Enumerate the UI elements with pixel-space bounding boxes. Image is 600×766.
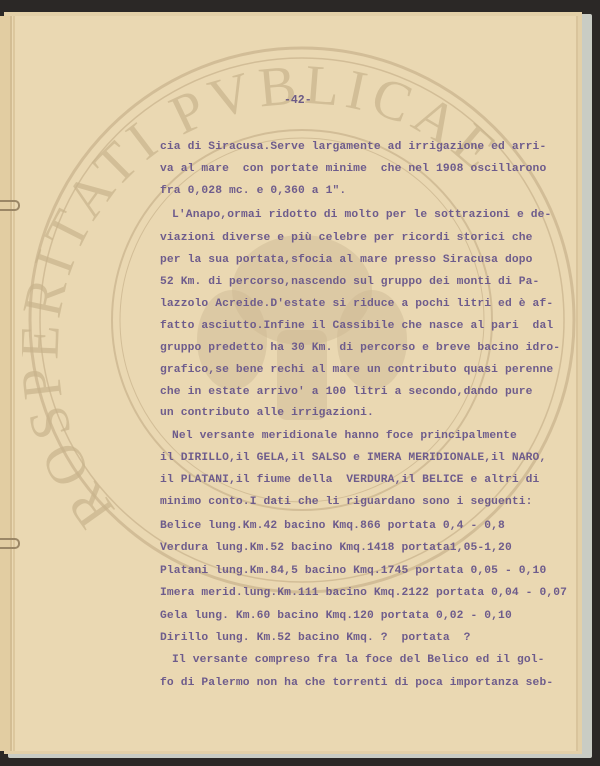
text-line: il DIRILLO,il GELA,il SALSO e IMERA MERI…: [160, 452, 546, 464]
text-line: minimo conto.I dati che li riguardano so…: [160, 496, 533, 508]
text-line: grafico,se bene rechi al mare un contrib…: [160, 364, 553, 376]
river-data-row: Imera merid.lung.Km.111 bacino Kmq.2122 …: [160, 587, 567, 599]
river-data-row: Dirillo lung. Km.52 bacino Kmq. ? portat…: [160, 632, 470, 644]
text-line: cia di Siracusa.Serve largamente ad irri…: [160, 141, 546, 153]
document-page: ROSPERITATI PVBLICAE AVG -42- cia di Sir…: [0, 16, 578, 751]
text-line: 52 Km. di percorso,nascendo sul gruppo d…: [160, 276, 539, 288]
text-line: fo di Palermo non ha che torrenti di poc…: [160, 677, 553, 689]
page-number: -42-: [284, 94, 312, 107]
text-line: il PLATANI,il fiume della VERDURA,il BEL…: [160, 474, 539, 486]
text-line: Nel versante meridionale hanno foce prin…: [172, 430, 517, 442]
river-data-row: Platani lung.Km.84,5 bacino Kmq.1745 por…: [160, 565, 546, 577]
text-line: viazioni diverse e più celebre per ricor…: [160, 232, 533, 244]
text-line: Il versante compreso fra la foce del Bel…: [172, 654, 545, 666]
text-line: gruppo predetto ha 30 Km. di percorso e …: [160, 342, 560, 354]
text-line: L'Anapo,ormai ridotto di molto per le so…: [172, 209, 551, 221]
typewritten-text: -42- cia di Siracusa.Serve largamente ad…: [0, 16, 578, 751]
text-line: per la sua portata,sfocia al mare presso…: [160, 254, 533, 266]
text-line: fra 0,028 mc. e 0,360 a 1".: [160, 185, 346, 197]
river-data-row: Gela lung. Km.60 bacino Kmq.120 portata …: [160, 610, 512, 622]
river-data-row: Verdura lung.Km.52 bacino Kmq.1418 porta…: [160, 542, 512, 554]
text-line: lazzolo Acreide.D'estate si riduce a poc…: [160, 298, 553, 310]
river-data-row: Belice lung.Km.42 bacino Kmq.866 portata…: [160, 520, 505, 532]
text-line: fatto asciutto.Infine il Cassibile che n…: [160, 320, 553, 332]
text-line: va al mare con portate minime che nel 19…: [160, 163, 546, 175]
text-line: che in estate arrivo' a 100 litri a seco…: [160, 386, 533, 398]
text-line: un contributo alle irrigazioni.: [160, 407, 374, 419]
